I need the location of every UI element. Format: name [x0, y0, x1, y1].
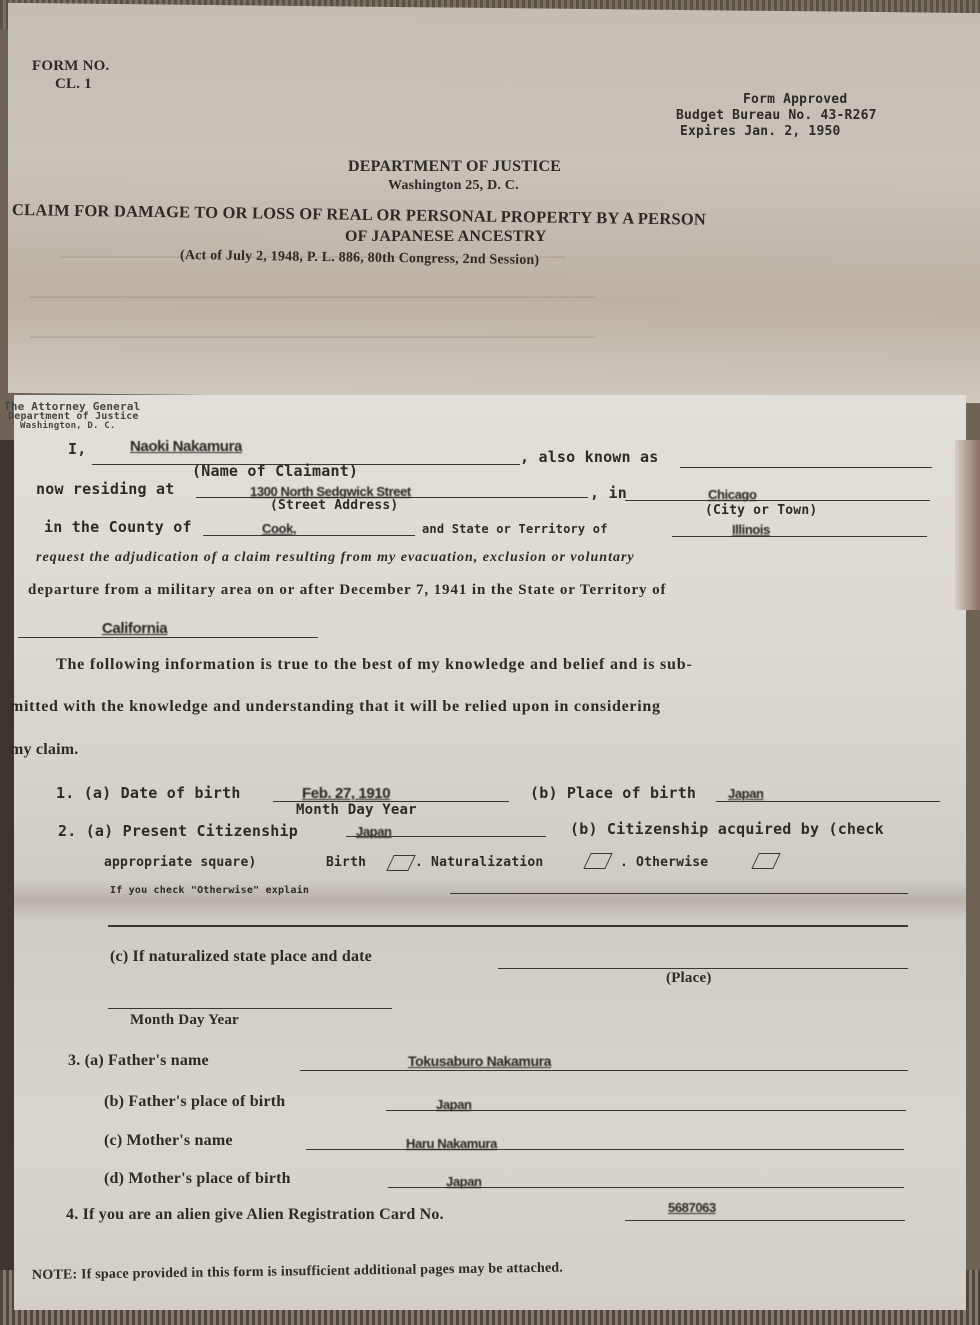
date-of-birth-field[interactable]: Feb. 27, 1910 [302, 785, 390, 802]
aka-label: , also known as [520, 448, 658, 466]
dob-label: 1. (a) Date of birth [56, 784, 241, 802]
street-address-field[interactable]: 1300 North Sedgwick Street [250, 484, 411, 499]
place-of-birth-field[interactable]: Japan [728, 786, 764, 801]
form-number-label: FORM NO. [32, 58, 109, 75]
statement-line2: mitted with the knowledge and understand… [10, 698, 661, 716]
mother-pob-label: (d) Mother's place of birth [104, 1170, 291, 1188]
territory-line [18, 637, 318, 638]
mother-name-field[interactable]: Haru Nakamura [406, 1136, 497, 1151]
claimant-name-field[interactable]: Naoki Nakamura [130, 438, 242, 455]
father-name-label: 3. (a) Father's name [68, 1052, 209, 1070]
mother-name-line [306, 1149, 904, 1150]
request-line2: departure from a military area on or aft… [28, 582, 666, 599]
place-caption: (Place) [666, 970, 712, 987]
pob-line [716, 801, 940, 802]
carpet-background-left [0, 440, 14, 1325]
otherwise-option-label: . Otherwise [620, 855, 708, 870]
department-address: Washington 25, D. C. [388, 178, 519, 194]
form-approved: Form Approved [743, 92, 847, 107]
form-number-value: CL. 1 [55, 76, 92, 93]
department-name: DEPARTMENT OF JUSTICE [348, 158, 561, 176]
naturalized-date-caption: Month Day Year [130, 1012, 239, 1029]
claimant-name-caption: (Name of Claimant) [192, 462, 358, 480]
otherwise-explain-line [450, 893, 908, 894]
naturalized-place-line[interactable] [498, 968, 908, 969]
appropriate-square-label: appropriate square) [104, 855, 257, 870]
statement-line3: my claim. [10, 741, 78, 759]
request-line1: request the adjudication of a claim resu… [36, 550, 635, 566]
form-title-line2: OF JAPANESE ANCESTRY [345, 228, 547, 246]
father-place-of-birth-field[interactable]: Japan [436, 1097, 472, 1112]
birth-option-label: Birth [326, 855, 366, 870]
mother-place-of-birth-field[interactable]: Japan [446, 1174, 482, 1189]
otherwise-explain-label: If you check "Otherwise" explain [110, 885, 309, 896]
naturalized-label: (c) If naturalized state place and date [110, 948, 372, 966]
alien-registration-field[interactable]: 5687063 [668, 1200, 716, 1215]
state-line [672, 536, 927, 537]
claimant-prefix: I, [68, 440, 86, 458]
county-field[interactable]: Cook, [262, 521, 296, 536]
city-caption: (City or Town) [705, 503, 817, 518]
city-line [625, 500, 930, 501]
residing-label: now residing at [36, 480, 174, 498]
state-label: and State or Territory of [422, 522, 608, 536]
naturalization-option-label: . Naturalization [415, 855, 543, 870]
county-line [203, 535, 415, 536]
present-citizenship-field[interactable]: Japan [356, 824, 392, 839]
father-name-field[interactable]: Tokusaburo Nakamura [408, 1053, 551, 1069]
citizenship-label: 2. (a) Present Citizenship [58, 822, 298, 840]
bleed-through-text: ────────────────────────────────────────… [30, 330, 595, 346]
city-field[interactable]: Chicago [708, 487, 756, 502]
county-label: in the County of [44, 518, 192, 536]
naturalized-date-line[interactable] [108, 1008, 392, 1009]
bleed-through-text: ────────────────────────────────────────… [30, 290, 595, 306]
pob-label: (b) Place of birth [530, 784, 696, 802]
state-field[interactable]: Illinois [732, 522, 770, 537]
form-expiry: Expires Jan. 2, 1950 [680, 124, 841, 139]
father-name-line [300, 1070, 908, 1071]
father-pob-label: (b) Father's place of birth [104, 1093, 285, 1111]
street-caption: (Street Address) [270, 498, 398, 513]
paper-edge [955, 440, 980, 610]
alien-registration-label: 4. If you are an alien give Alien Regist… [66, 1206, 444, 1224]
dob-caption: Month Day Year [296, 802, 417, 818]
otherwise-explain-line-2 [108, 925, 908, 927]
mother-name-label: (c) Mother's name [104, 1132, 233, 1150]
territory-field[interactable]: California [102, 620, 167, 637]
in-label: , in [590, 484, 627, 502]
addressee-line3: Washington, D. C. [20, 421, 116, 431]
citizenship-acquired-label: (b) Citizenship acquired by (check [570, 820, 884, 838]
budget-bureau-number: Budget Bureau No. 43-R267 [676, 108, 877, 123]
alien-registration-line [625, 1220, 905, 1221]
statement-line1: The following information is true to the… [56, 656, 693, 674]
aka-line [680, 467, 932, 468]
